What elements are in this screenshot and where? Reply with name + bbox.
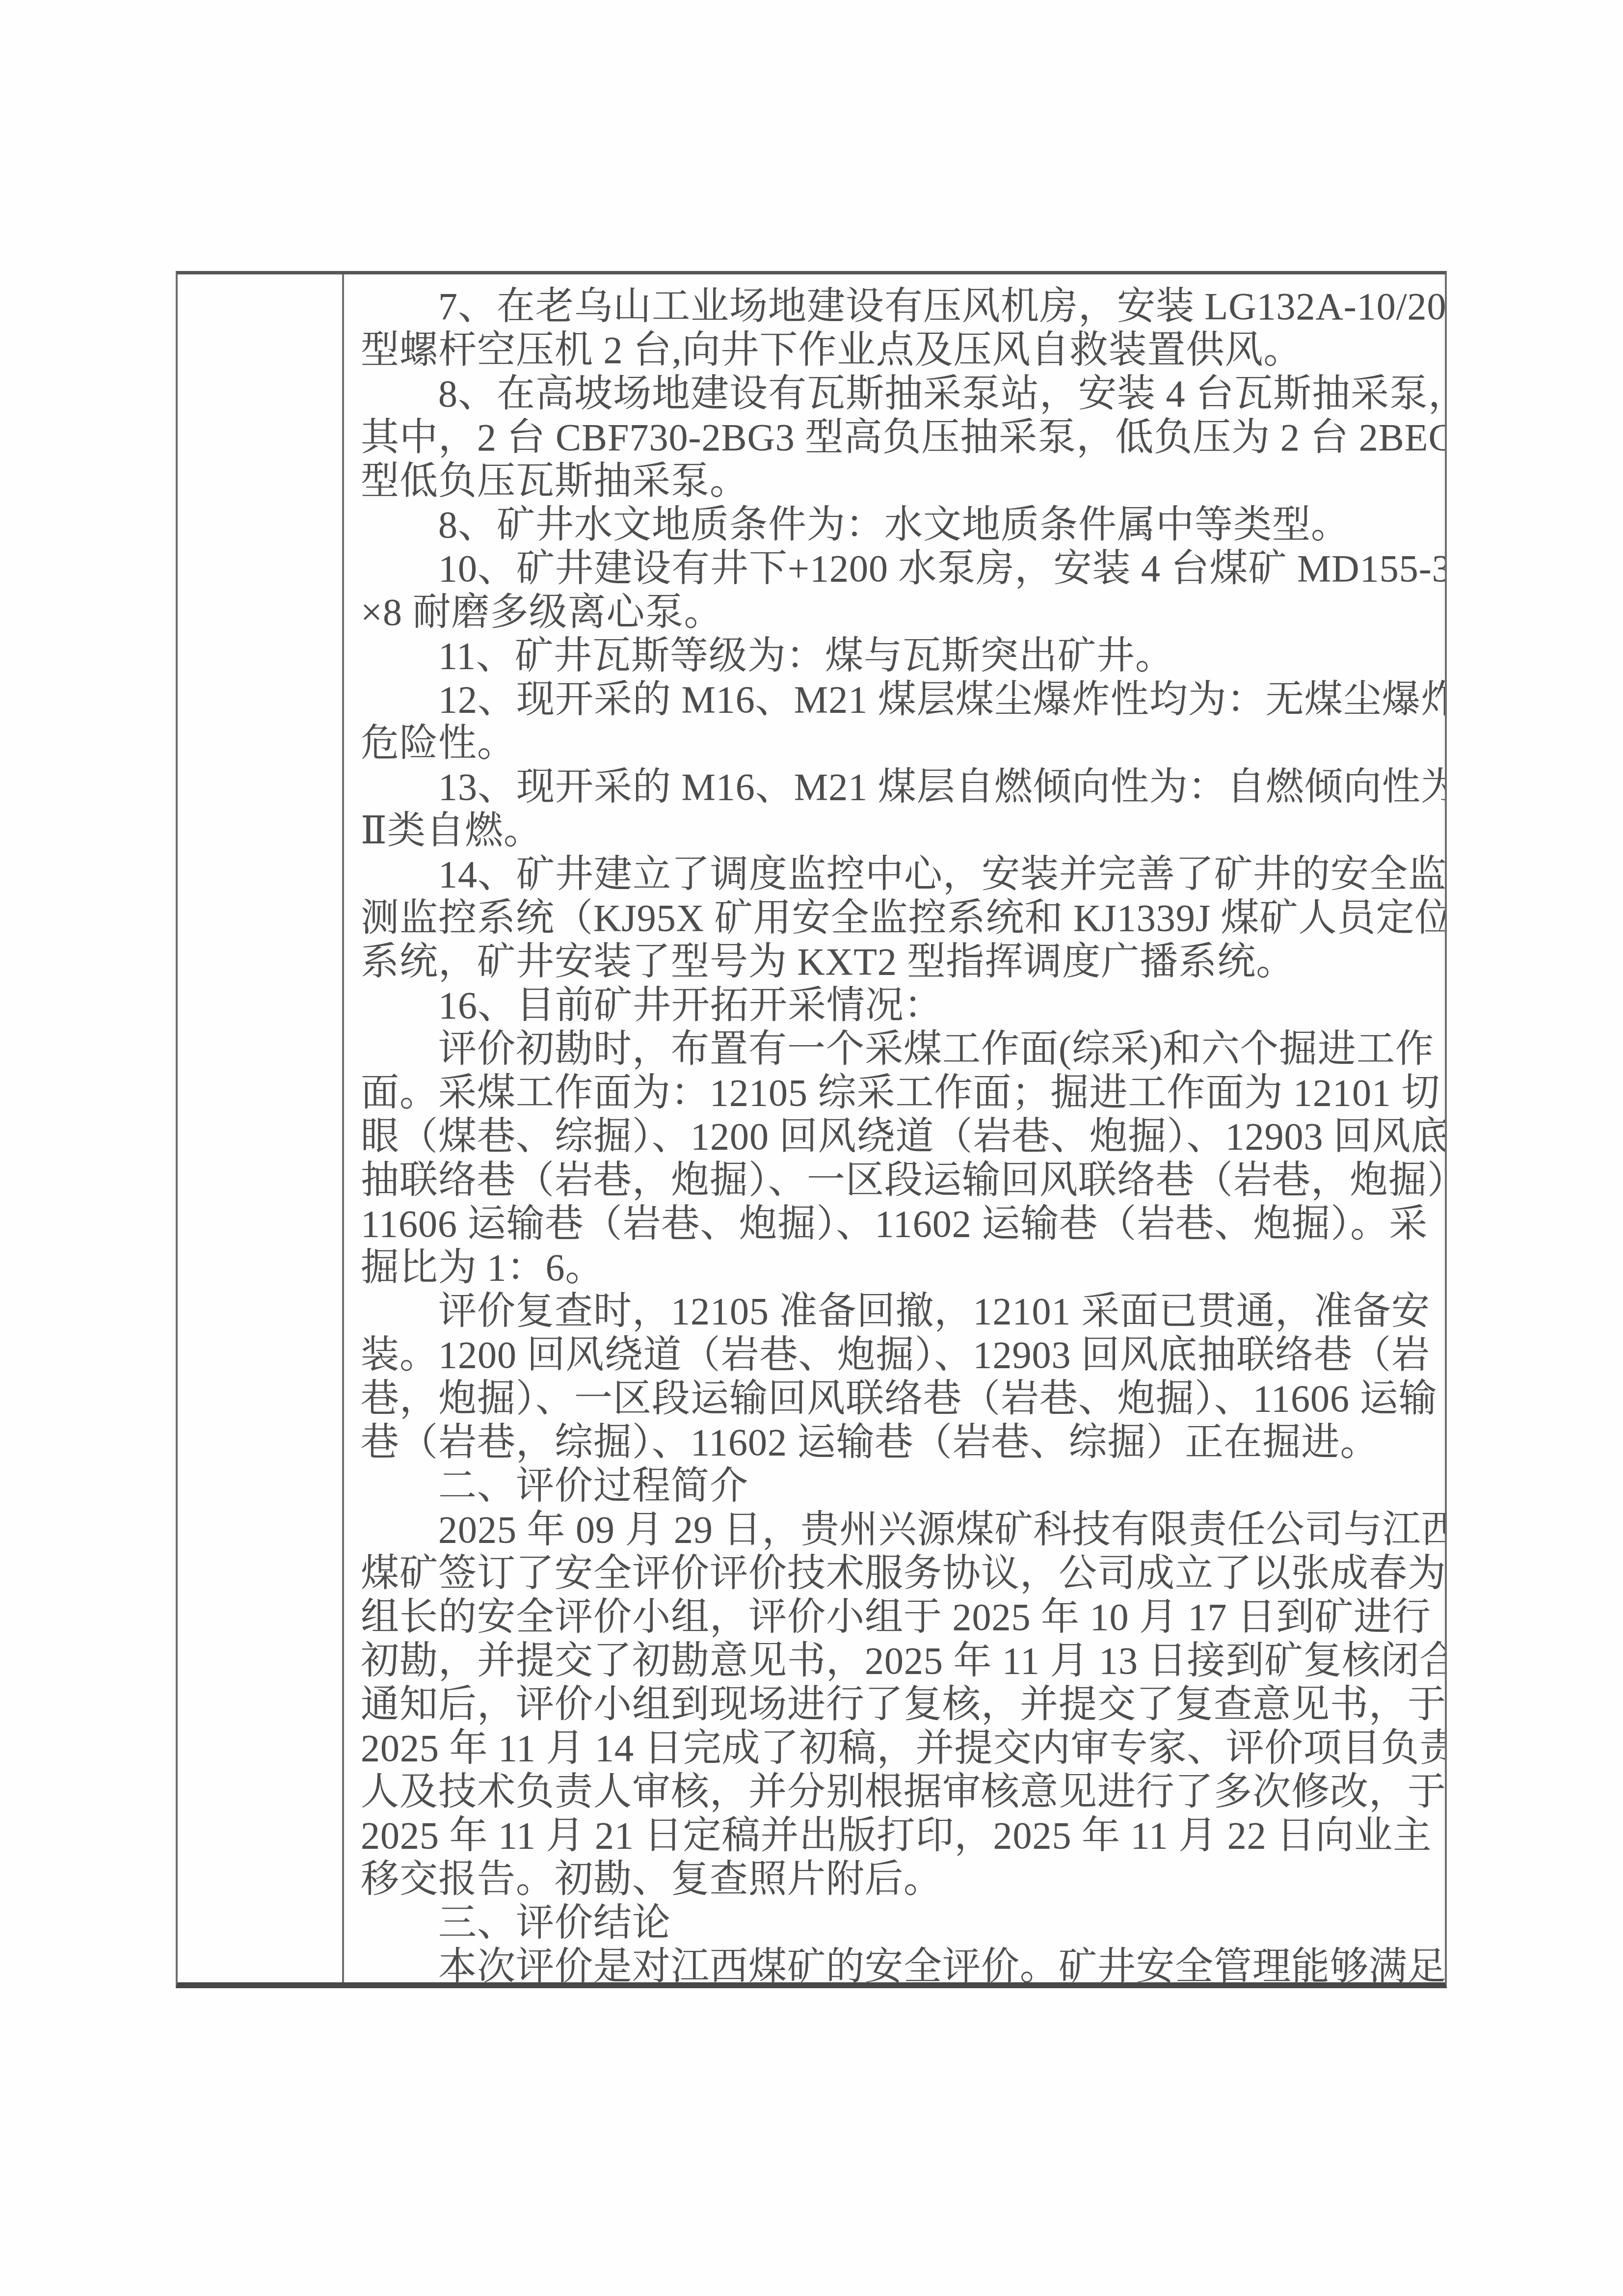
- text-line: 测监控系统（KJ95X 矿用安全监控系统和 KJ1339J 煤矿人员定位: [361, 896, 1441, 940]
- text-line: 危险性。: [361, 721, 1441, 765]
- text-line: 系统，矿井安装了型号为 KXT2 型指挥调度广播系统。: [361, 940, 1441, 983]
- text-line: 移交报告。初勘、复查照片附后。: [361, 1857, 1441, 1901]
- text-line: 12、现开采的 M16、M21 煤层煤尘爆炸性均为：无煤尘爆炸: [361, 677, 1441, 721]
- text-line: 2025 年 11 月 14 日完成了初稿，并提交内审专家、评价项目负责: [361, 1726, 1441, 1770]
- text-line: 评价复查时，12105 准备回撤，12101 采面已贯通，准备安: [361, 1289, 1441, 1333]
- text-line: 三、评价结论: [361, 1901, 1441, 1945]
- text-line: 13、现开采的 M16、M21 煤层自燃倾向性为：自燃倾向性为: [361, 765, 1441, 809]
- scanned-document-page: 7、在老乌山工业场地建设有压风机房，安装 LG132A-10/20 型螺杆空压机…: [0, 0, 1623, 2296]
- text-line: 11、矿井瓦斯等级为：煤与瓦斯突出矿井。: [361, 634, 1441, 677]
- text-line: 8、矿井水文地质条件为：水文地质条件属中等类型。: [361, 503, 1441, 546]
- table-label-cell: [178, 274, 344, 1982]
- text-line: 10、矿井建设有井下+1200 水泵房，安装 4 台煤矿 MD155-30: [361, 546, 1441, 590]
- text-line: 14、矿井建立了调度监控中心，安装并完善了矿井的安全监: [361, 852, 1441, 896]
- text-line: 16、目前矿井开拓开采情况：: [361, 983, 1441, 1027]
- text-line: 型螺杆空压机 2 台,向井下作业点及压风自救装置供风。: [361, 328, 1441, 372]
- text-line: 其中，2 台 CBF730-2BG3 型高负压抽采泵，低负压为 2 台 2BEC…: [361, 415, 1441, 459]
- text-line: 装。1200 回风绕道（岩巷、炮掘）、12903 回风底抽联络巷（岩: [361, 1333, 1441, 1377]
- text-line: Ⅱ类自燃。: [361, 809, 1441, 852]
- text-line: 初勘，并提交了初勘意见书，2025 年 11 月 13 日接到矿复核闭合: [361, 1639, 1441, 1682]
- text-line: 二、评价过程简介: [361, 1464, 1441, 1508]
- text-line: 8、在高坡场地建设有瓦斯抽采泵站，安装 4 台瓦斯抽采泵，: [361, 372, 1441, 415]
- text-line: 11606 运输巷（岩巷、炮掘）、11602 运输巷（岩巷、炮掘）。采: [361, 1202, 1441, 1245]
- table-content-cell: 7、在老乌山工业场地建设有压风机房，安装 LG132A-10/20 型螺杆空压机…: [344, 274, 1445, 1982]
- text-line: 本次评价是对江西煤矿的安全评价。矿井安全管理能够满足: [361, 1945, 1441, 1982]
- text-line: 煤矿签订了安全评价评价技术服务协议，公司成立了以张成春为: [361, 1551, 1441, 1595]
- report-table: 7、在老乌山工业场地建设有压风机房，安装 LG132A-10/20 型螺杆空压机…: [176, 271, 1447, 1988]
- text-line: 眼（煤巷、综掘）、1200 回风绕道（岩巷、炮掘）、12903 回风底: [361, 1114, 1441, 1158]
- text-line: 抽联络巷（岩巷，炮掘）、一区段运输回风联络巷（岩巷，炮掘）、: [361, 1158, 1441, 1202]
- text-line: 2025 年 09 月 29 日，贵州兴源煤矿科技有限责任公司与江西: [361, 1508, 1441, 1551]
- text-line: 人及技术负责人审核，并分别根据审核意见进行了多次修改，于: [361, 1770, 1441, 1813]
- text-line: 掘比为 1：6。: [361, 1245, 1441, 1289]
- text-line: 评价初勘时，布置有一个采煤工作面(综采)和六个掘进工作: [361, 1027, 1441, 1071]
- text-line: 2025 年 11 月 21 日定稿并出版打印，2025 年 11 月 22 日…: [361, 1813, 1441, 1857]
- text-line: ×8 耐磨多级离心泵。: [361, 590, 1441, 634]
- text-line: 巷，炮掘）、一区段运输回风联络巷（岩巷、炮掘）、11606 运输: [361, 1377, 1441, 1420]
- text-line: 型低负压瓦斯抽采泵。: [361, 459, 1441, 503]
- text-line: 巷（岩巷，综掘）、11602 运输巷（岩巷、综掘）正在掘进。: [361, 1420, 1441, 1464]
- text-line: 通知后，评价小组到现场进行了复核，并提交了复查意见书，于: [361, 1682, 1441, 1726]
- text-line: 7、在老乌山工业场地建设有压风机房，安装 LG132A-10/20: [361, 284, 1441, 328]
- text-line: 组长的安全评价小组，评价小组于 2025 年 10 月 17 日到矿进行: [361, 1595, 1441, 1639]
- text-line: 面。采煤工作面为：12105 综采工作面；掘进工作面为 12101 切: [361, 1071, 1441, 1114]
